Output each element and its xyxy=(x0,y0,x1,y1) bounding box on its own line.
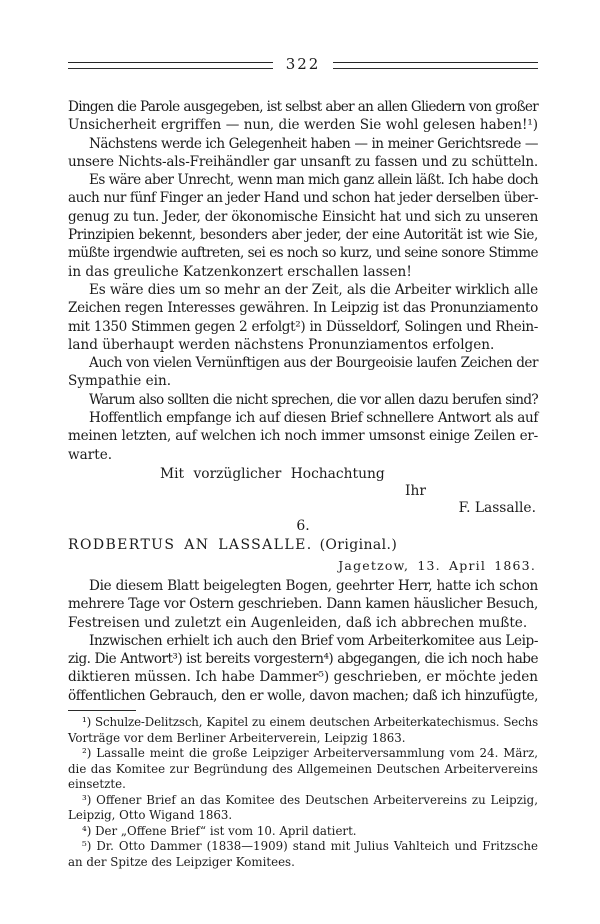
text-line: Festreisen und zuletzt ein Augenleiden, … xyxy=(68,614,538,632)
footnote: ⁵) Dr. Otto Dammer (1838—1909) stand mit… xyxy=(68,839,538,870)
text-line: Hoffentlich empfange ich auf diesen Brie… xyxy=(68,409,538,427)
text-line: meinen letzten, auf welchen ich noch imm… xyxy=(68,427,538,445)
text-line: öffentlichen Gebrauch, den er wolle, dav… xyxy=(68,687,538,705)
footnote: ²) Lassalle meint die große Leipziger Ar… xyxy=(68,746,538,793)
paragraph: Inzwischen erhielt ich auch den Brief vo… xyxy=(68,632,538,705)
text-line: land überhaupt werden nächstens Pronunzi… xyxy=(68,336,538,354)
page-header: 322 xyxy=(68,58,538,73)
text-line: Die diesem Blatt beigelegten Bogen, geeh… xyxy=(68,577,538,595)
text-line: Sympathie ein. xyxy=(68,372,538,390)
book-page: 322 Dingen die Parole ausgegeben, ist se… xyxy=(0,0,600,924)
text-line: Warum also sollten die nicht sprechen, d… xyxy=(68,391,538,409)
text-line: mehrere Tage vor Ostern geschrieben. Dan… xyxy=(68,595,538,613)
section-title-caps: RODBERTUS AN LASSALLE. xyxy=(68,537,313,553)
section-title-subtitle: (Original.) xyxy=(320,537,398,553)
letter-closing: Mit vorzüglicher Hochachtung Ihr F. Lass… xyxy=(68,466,538,517)
text-line: in das greuliche Katzenkonzert erschalle… xyxy=(68,263,538,281)
header-rule-right xyxy=(333,62,538,69)
text-line: zig. Die Antwort³) ist bereits vorgester… xyxy=(68,650,538,668)
text-line: ⁵) Dr. Otto Dammer (1838—1909) stand mit… xyxy=(68,839,538,855)
section-number: 6. xyxy=(68,517,538,535)
footnote: ¹) Schulze-Delitzsch, Kapitel zu einem d… xyxy=(68,715,538,746)
text-line: Dingen die Parole ausgegeben, ist selbst… xyxy=(68,98,538,116)
text-line: Unsicherheit ergriffen — nun, die werden… xyxy=(68,116,538,134)
closing-salutation: Mit vorzüglicher Hochachtung xyxy=(68,466,538,483)
paragraph: Dingen die Parole ausgegeben, ist selbst… xyxy=(68,98,538,135)
footnote-separator xyxy=(68,710,136,711)
text-line: Vorträge vor dem Berliner Arbeiterverein… xyxy=(68,731,538,747)
text-line: ³) Offener Brief an das Komitee des Deut… xyxy=(68,793,538,809)
text-line: unsere Nichts-als-Freihändler gar unsanf… xyxy=(68,153,538,171)
text-line: Auch von vielen Vernünftigen aus der Bou… xyxy=(68,354,538,372)
text-line: Leipzig, Otto Wigand 1863. xyxy=(68,808,538,824)
text-line: Prinzipien bekennt, besonders aber jeder… xyxy=(68,226,538,244)
text-line: mit 1350 Stimmen gegen 2 erfolgt²) in Dü… xyxy=(68,318,538,336)
text-line: diktieren müssen. Ich habe Dammer⁵) gesc… xyxy=(68,668,538,686)
footnote: ⁴) Der „Offene Brief“ ist vom 10. April … xyxy=(68,824,538,840)
text-line: genug zu tun. Jeder, der ökonomische Ein… xyxy=(68,208,538,226)
text-line: auch nur fünf Finger an jeder Hand und s… xyxy=(68,189,538,207)
text-line: Inzwischen erhielt ich auch den Brief vo… xyxy=(68,632,538,650)
footnote: ³) Offener Brief an das Komitee des Deut… xyxy=(68,793,538,824)
text-line: ¹) Schulze-Delitzsch, Kapitel zu einem d… xyxy=(68,715,538,731)
closing-pronoun: Ihr xyxy=(68,483,538,500)
page-number: 322 xyxy=(273,57,334,72)
text-line: Es wäre dies um so mehr an der Zeit, als… xyxy=(68,281,538,299)
paragraph: Warum also sollten die nicht sprechen, d… xyxy=(68,391,538,409)
text-line: ²) Lassalle meint die große Leipziger Ar… xyxy=(68,746,538,762)
text-line: müßte irgendwie auftreten, sei es noch s… xyxy=(68,244,538,262)
section-heading-block: 6. RODBERTUS AN LASSALLE.(Original.) Jag… xyxy=(68,517,538,575)
paragraph: Es wäre dies um so mehr an der Zeit, als… xyxy=(68,281,538,354)
text-line: die das Komitee zur Begründung des Allge… xyxy=(68,762,538,778)
text-line: Es wäre aber Unrecht, wenn man mich ganz… xyxy=(68,171,538,189)
text-line: ⁴) Der „Offene Brief“ ist vom 10. April … xyxy=(68,824,538,840)
text-line: einsetzte. xyxy=(68,777,538,793)
text-line: warte. xyxy=(68,446,538,464)
footnotes-block: ¹) Schulze-Delitzsch, Kapitel zu einem d… xyxy=(68,715,538,870)
paragraph: Hoffentlich empfange ich auf diesen Brie… xyxy=(68,409,538,464)
letter-2-body: Die diesem Blatt beigelegten Bogen, geeh… xyxy=(68,577,538,705)
letter-dateline: Jagetzow, 13. April 1863. xyxy=(68,556,538,575)
paragraph: Es wäre aber Unrecht, wenn man mich ganz… xyxy=(68,171,538,281)
paragraph: Die diesem Blatt beigelegten Bogen, geeh… xyxy=(68,577,538,632)
paragraph: Auch von vielen Vernünftigen aus der Bou… xyxy=(68,354,538,391)
paragraph: Nächstens werde ich Gelegenheit haben — … xyxy=(68,135,538,172)
header-rule-left xyxy=(68,62,273,69)
closing-signature: F. Lassalle. xyxy=(68,500,538,517)
text-line: Zeichen regen Interesses gewähren. In Le… xyxy=(68,299,538,317)
text-line: Nächstens werde ich Gelegenheit haben — … xyxy=(68,135,538,153)
section-title: RODBERTUS AN LASSALLE.(Original.) xyxy=(68,535,538,556)
letter-1-body: Dingen die Parole ausgegeben, ist selbst… xyxy=(68,98,538,517)
text-line: an der Spitze des Leipziger Komitees. xyxy=(68,855,538,871)
